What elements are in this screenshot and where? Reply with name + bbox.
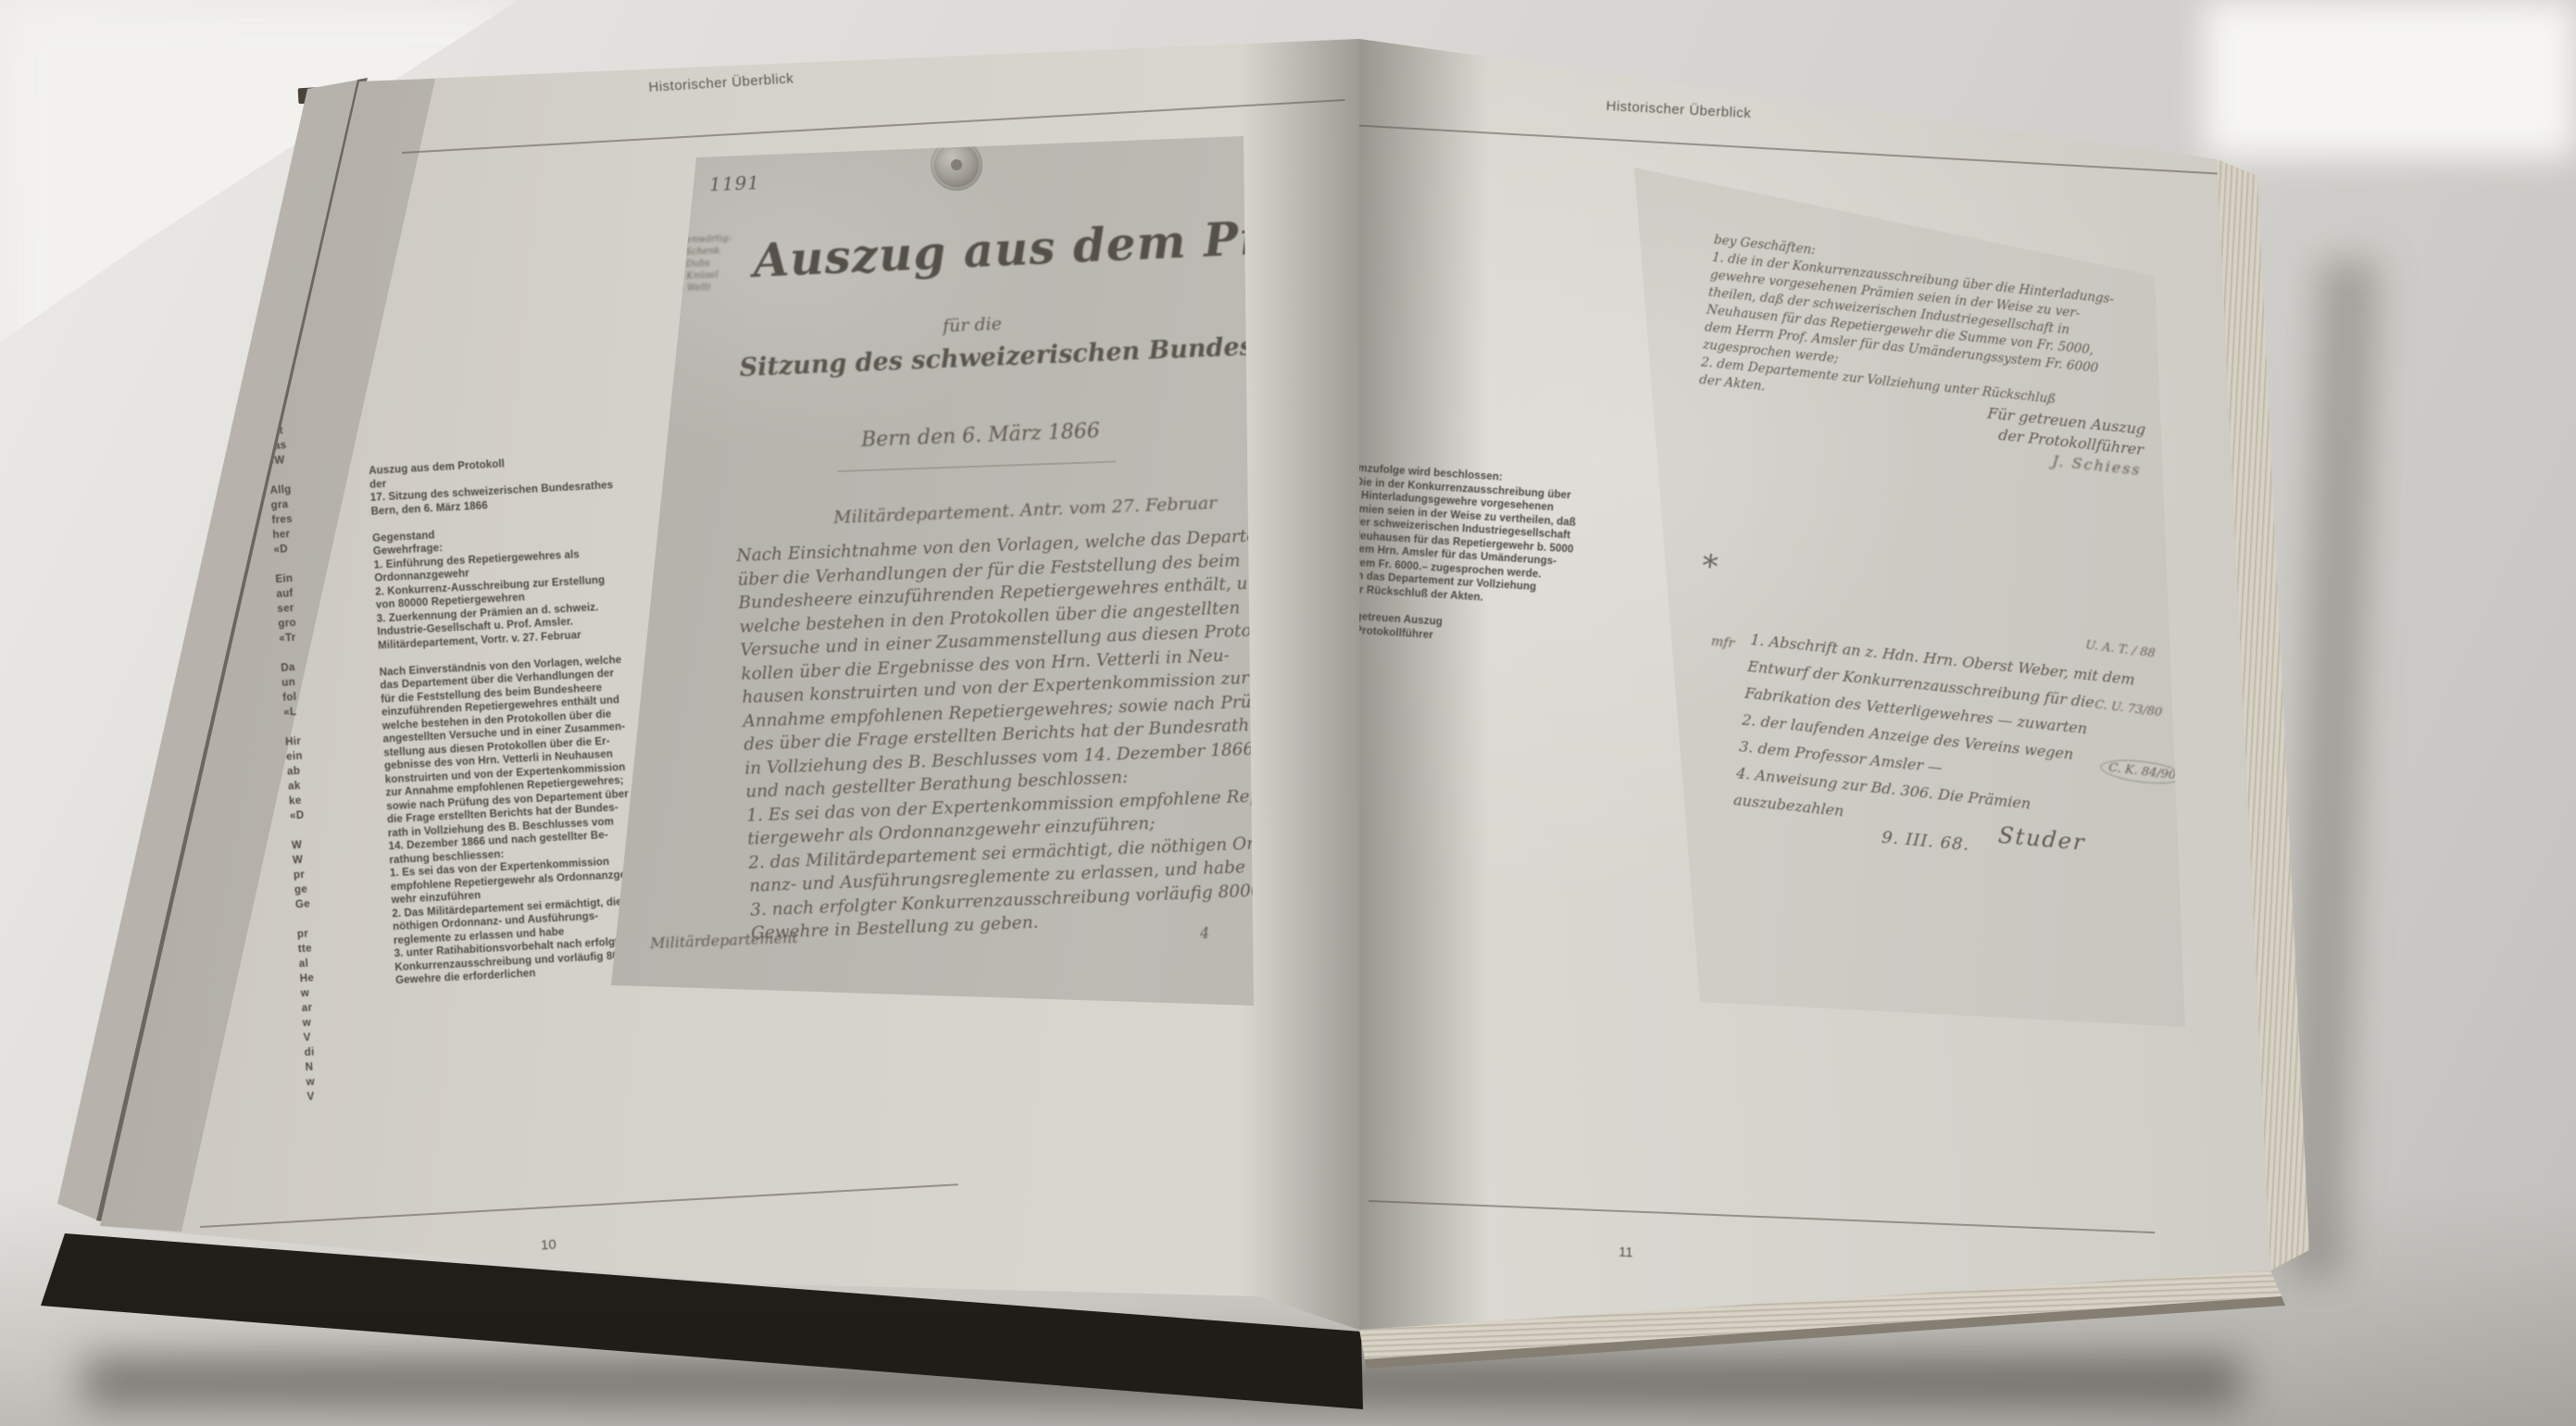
photo-vignette	[0, 0, 2576, 1426]
photo-of-open-book: Historischer Überblick Histüber Da zumzü…	[0, 0, 2576, 1426]
